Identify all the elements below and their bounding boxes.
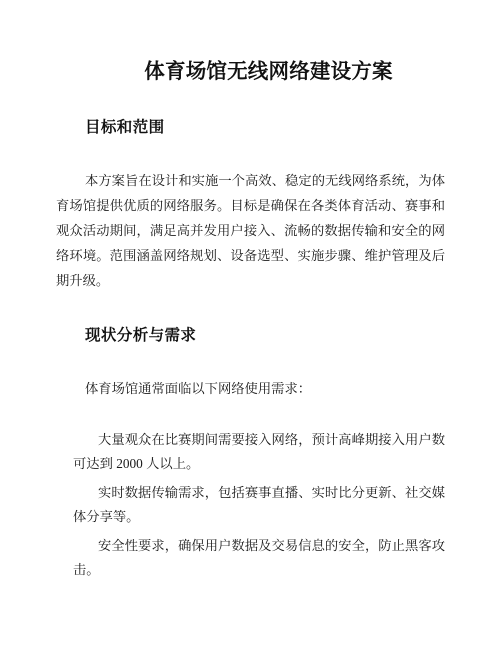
document-content: 体育场馆无线网络建设方案 目标和范围 本方案旨在设计和实施一个高效、稳定的无线网…	[0, 0, 500, 582]
list-item-user-capacity: 大量观众在比赛期间需要接入网络，预计高峰期接入用户数可达到 2000 人以上。	[73, 428, 445, 476]
list-item-security: 安全性要求，确保用户数据及交易信息的安全，防止黑客攻击。	[73, 534, 445, 582]
section-heading-status-and-needs: 现状分析与需求	[56, 326, 445, 346]
list-item-realtime-data: 实时数据传输需求，包括赛事直播、实时比分更新、社交媒体分享等。	[73, 481, 445, 529]
paragraph-goals-and-scope: 本方案旨在设计和实施一个高效、稳定的无线网络系统，为体育场馆提供优质的网络服务。…	[56, 168, 445, 293]
document-page: 体育场馆无线网络建设方案 目标和范围 本方案旨在设计和实施一个高效、稳定的无线网…	[0, 0, 500, 647]
paragraph-needs-intro: 体育场馆通常面临以下网络使用需求：	[56, 376, 445, 401]
section-heading-goals-and-scope: 目标和范围	[56, 118, 445, 138]
document-title: 体育场馆无线网络建设方案	[56, 59, 445, 85]
